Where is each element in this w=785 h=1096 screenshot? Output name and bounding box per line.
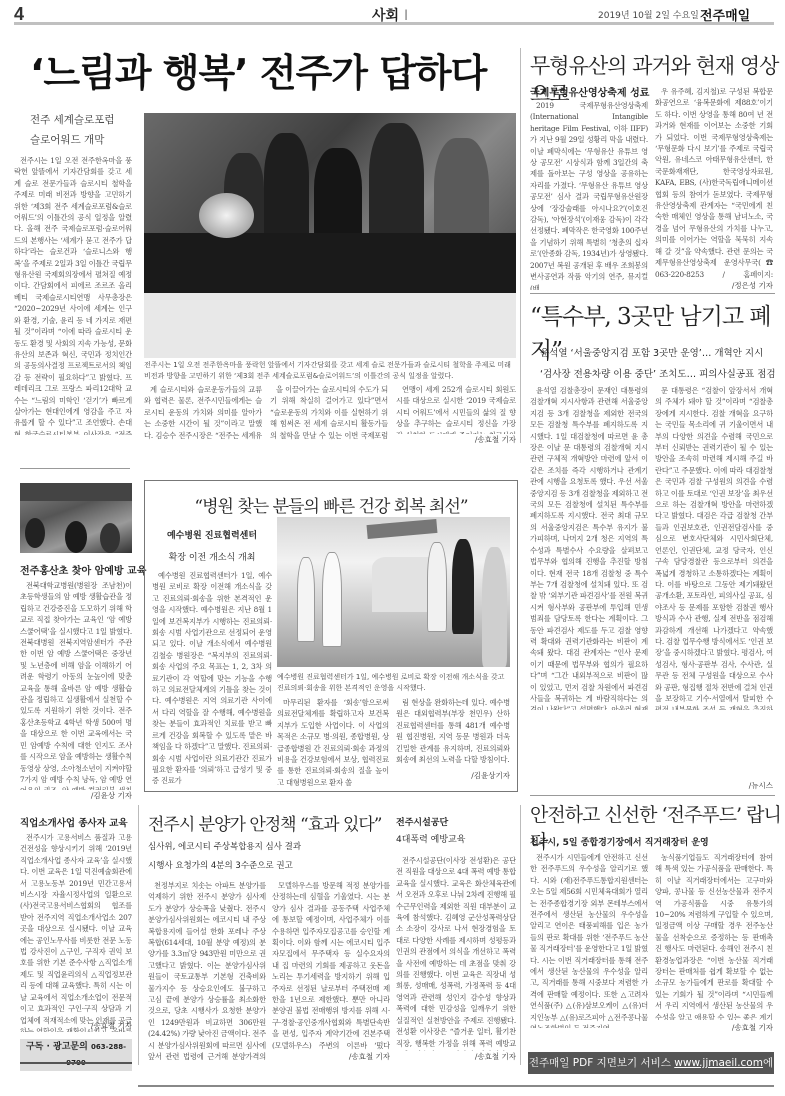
column-divider	[520, 805, 521, 1065]
section-divider	[20, 468, 130, 469]
paragraph: 문 대통령은 “검찰이 앞장서서 개혁의 주체가 돼야 할 것”이라며 “검찰총…	[655, 385, 773, 710]
paragraph: 연맹이 세계 252개 슬로시티 회원도시를 대상으로 실시한 ‘2019 국제…	[396, 384, 516, 434]
subhead-line-2: 시행사 요청가의 4분의 3수준으로 권고	[148, 857, 301, 876]
subhead-line-1: 예수병원 진료협력센터	[152, 525, 272, 547]
slow-forum-body-col4: 연맹이 세계 252개 슬로시티 회원도시를 대상으로 실시한 ‘2019 국제…	[396, 384, 516, 434]
slow-forum-body-col1: 전주시는 1일 오전 전주한옥마을 풍락헌 앞뜰에서 기자간담회를 갖고 세계 …	[14, 155, 132, 435]
headline-line-2: 4대폭력 예방교육	[396, 832, 465, 849]
food-body-col2: 농식품기업들도 직거래장터에 참여해 특색 있는 가공식품을 판매한다. 특히 …	[655, 852, 773, 1020]
byline: /김윤상 기자	[20, 790, 132, 801]
subhead-prosecution: 윤석열 ‘서울중앙지검 포함 3곳만 운영’… 개혁안 지시 ‘검사장 전용차량…	[540, 343, 776, 385]
headline-violence-edu: 전주시설공단 4대폭력 예방교육	[396, 815, 465, 849]
byline: /송효철 기자	[272, 1051, 390, 1062]
paragraph: 전북대학교병원(병원장 조남천)이 초등학생들의 암 예방 생활습관을 정립하고…	[20, 580, 132, 790]
subhead-line-1: 윤석열 ‘서울중앙지검 포함 3곳만 운영’… 개혁안 지시	[540, 343, 776, 364]
headline-apartment: 전주시 분양가 안정책 “효과 있다”	[148, 810, 381, 835]
column-divider	[520, 48, 521, 443]
hospital-photo-caption: 예수병원 진료협력센터가 1일, 예수병원 로비로 확장 이전해 개소식을 갖고…	[277, 672, 510, 694]
hospital-photo	[277, 517, 510, 667]
section-divider	[20, 1062, 132, 1064]
paragraph: 림 현상을 완화하는데 있다. 예수병원은 대외협력부(부장 천민우) 산하 진…	[396, 697, 510, 765]
byline: /송효철 기자	[655, 1022, 773, 1033]
byline: /정은성 기자	[655, 280, 773, 291]
section-divider	[530, 293, 775, 294]
heritage-body-col2: 우 유주혜, 김지철)로 구성된 복합문화공연으로 ‘융복문화에 제88호’이기…	[655, 86, 773, 280]
violence-edu-body: 전주시설공단(이사장 전성환)은 공단 전 직원을 대상으로 4대 폭력 예방 …	[396, 855, 516, 1051]
subhead-heritage: 국제무형유산영상축제 성료	[530, 84, 649, 99]
subhead-line-2: 확장 이전 개소식 개최	[152, 547, 272, 569]
paragraph: 전주시가 시민들에게 안전하고 신선한 전주푸드의 우수성을 알리기로 했다. …	[530, 852, 648, 1028]
slow-forum-photo	[144, 113, 516, 358]
byline: /뉴시스	[655, 780, 773, 791]
paragraph: 윤석열 검찰총장이 문재인 대통령의 검찰개혁 지시사항과 관련해 서울중앙지검…	[530, 385, 648, 710]
paragraph: 천정부지로 치솟는 아파트 분양가를 억제하기 위한 전주시 분양가 심사제도가…	[148, 880, 266, 1060]
heritage-body-col1: 2019 국제무형유산영상축제(International Intangible…	[530, 100, 648, 290]
paragraph: 전주시가 고용서비스 품질과 고용 건전성을 향상시키기 위해 ‘2019년 직…	[20, 832, 132, 1032]
pdf-service-link[interactable]: www.jjmaeil.com	[674, 1057, 763, 1069]
prosecution-body-col1: 윤석열 검찰총장이 문재인 대통령의 검찰개혁 지시사항과 관련해 서울중앙지검…	[530, 385, 648, 710]
slow-forum-body-col2: 계 슬로시티와 슬로운동가들의 교류와 협력은 물론, 전주시민들에게는 슬로시…	[144, 384, 262, 442]
slow-forum-photo-caption: 전주시는 1일 오전 전주한옥마을 풍락헌 앞뜰에서 기자간담회를 갖고 세계 …	[144, 360, 516, 382]
subhead-slow-forum: 전주 세계슬로포럼 슬로어워드 개막	[30, 110, 114, 150]
subhead-line-2: 슬로어워드 개막	[30, 130, 114, 150]
paragraph: 2019 국제무형유산영상축제(International Intangible…	[530, 100, 648, 290]
column-divider	[138, 805, 139, 1065]
headline-job-edu: 직업소개사업 종사자 교육	[20, 815, 128, 829]
subhead-apartment: 심사위, 에코시티 주상복합용지 심사 결과 시행사 요청가의 4분의 3수준으…	[148, 838, 301, 876]
byline: /송효철 기자	[20, 1020, 132, 1031]
pdf-service-text: 전주매일 PDF 지면보기 서비스	[529, 1057, 671, 1069]
contact-label: 구독 · 광고문의	[26, 1042, 88, 1052]
paragraph: 을 이끌어가는 슬로시티의 수도가 되기 위해 착실히 걸어가고 있다”면서 “…	[270, 384, 388, 442]
headline-cancer-edu: 전주홍산초 찾아 암예방 교육	[20, 562, 146, 577]
byline: /송효철 기자	[396, 434, 516, 445]
hospital-body-col2: 마무리된 환자를 ‘회송’함으로써 의료전달체계를 확립하고자 보건복지부가 도…	[277, 697, 389, 787]
subhead-hospital: 예수병원 진료협력센터 확장 이전 개소식 개최	[152, 525, 272, 569]
hospital-body-col3: 림 현상을 완화하는데 있다. 예수병원은 대외협력부(부장 천민우) 산하 진…	[396, 697, 510, 767]
prosecution-body-col2: 문 대통령은 “검찰이 앞장서서 개혁의 주체가 돼야 할 것”이라며 “검찰총…	[655, 385, 773, 710]
cancer-edu-body: 전북대학교병원(병원장 조남천)이 초등학생들의 암 예방 생활습관을 정립하고…	[20, 580, 132, 790]
slow-forum-body-col3: 을 이끌어가는 슬로시티의 수도가 되기 위해 착실히 걸어가고 있다”면서 “…	[270, 384, 388, 442]
apartment-body-col1: 천정부지로 치솟는 아파트 분양가를 억제하기 위한 전주시 분양가 심사제도가…	[148, 880, 266, 1060]
headline-slow-forum: ‘느림과 행복’ 전주가 답하다	[30, 50, 486, 96]
byline: /김윤상기자	[396, 770, 510, 781]
paragraph: 전주시설공단(이사장 전성환)은 공단 전 직원을 대상으로 4대 폭력 예방 …	[396, 855, 516, 1051]
paragraph: 마무리된 환자를 ‘회송’함으로써 의료전달체계를 확립하고자 보건복지부가 도…	[277, 697, 389, 787]
subhead-line-2: ‘검사장 전용차량 이용 중단’ 조치도… 피의사실공표 점검	[540, 364, 776, 385]
section-divider	[530, 795, 775, 796]
issue-date: 2019년 10월 2일 수요일	[598, 8, 699, 21]
paragraph: 농식품기업들도 직거래장터에 참여해 특색 있는 가공식품을 판매한다. 특히 …	[655, 852, 773, 1020]
subhead-line-1: 전주 세계슬로포럼	[30, 110, 114, 130]
headline-hospital: “병원 찾는 분들의 빠른 건강 회복 최선”	[144, 492, 518, 517]
subhead-food: 전주시, 5일 종합경기장에서 직거래장터 운영	[530, 835, 709, 848]
header-rule	[14, 22, 774, 25]
paragraph: 전주시는 1일 오전 전주한옥마을 풍락헌 앞뜰에서 기자간담회를 갖고 세계 …	[14, 155, 132, 435]
subhead-line-1: 심사위, 에코시티 주상복합용지 심사 결과	[148, 838, 301, 857]
paragraph: 우 유주혜, 김지철)로 구성된 복합문화공연으로 ‘융복문화에 제88호’이기…	[655, 86, 773, 280]
pdf-service-banner[interactable]: 전주매일 PDF 지면보기 서비스 www.jjmaeil.com에서	[528, 1052, 774, 1074]
cancer-edu-photo	[20, 483, 132, 553]
paragraph: 예수병원 진료협력센터가 1일, 예수병원 로비로 확장 이전해 개소식을 갖고…	[152, 570, 272, 786]
footer-rule	[138, 1085, 774, 1087]
paragraph: 모델하우스를 방문해 적정 분양가를 산정하는데 심혈을 기울였다. 시는 분양…	[272, 880, 390, 1050]
subscription-contact: 구독 · 광고문의 063-288-9700	[20, 1039, 132, 1071]
food-body-col1: 전주시가 시민들에게 안전하고 신선한 전주푸드의 우수성을 알리기로 했다. …	[530, 852, 648, 1028]
paragraph: 계 슬로시티와 슬로운동가들의 교류와 협력은 물론, 전주시민들에게는 슬로시…	[144, 384, 262, 442]
headline-line-1: 전주시설공단	[396, 815, 465, 832]
hospital-body-col1: 예수병원 진료협력센터가 1일, 예수병원 로비로 확장 이전해 개소식을 갖고…	[152, 570, 272, 786]
byline: /송효철 기자	[396, 1051, 516, 1062]
job-edu-body: 전주시가 고용서비스 품질과 고용 건전성을 향상시키기 위해 ‘2019년 직…	[20, 832, 132, 1032]
apartment-body-col2: 모델하우스를 방문해 적정 분양가를 산정하는데 심혈을 기울였다. 시는 분양…	[272, 880, 390, 1050]
